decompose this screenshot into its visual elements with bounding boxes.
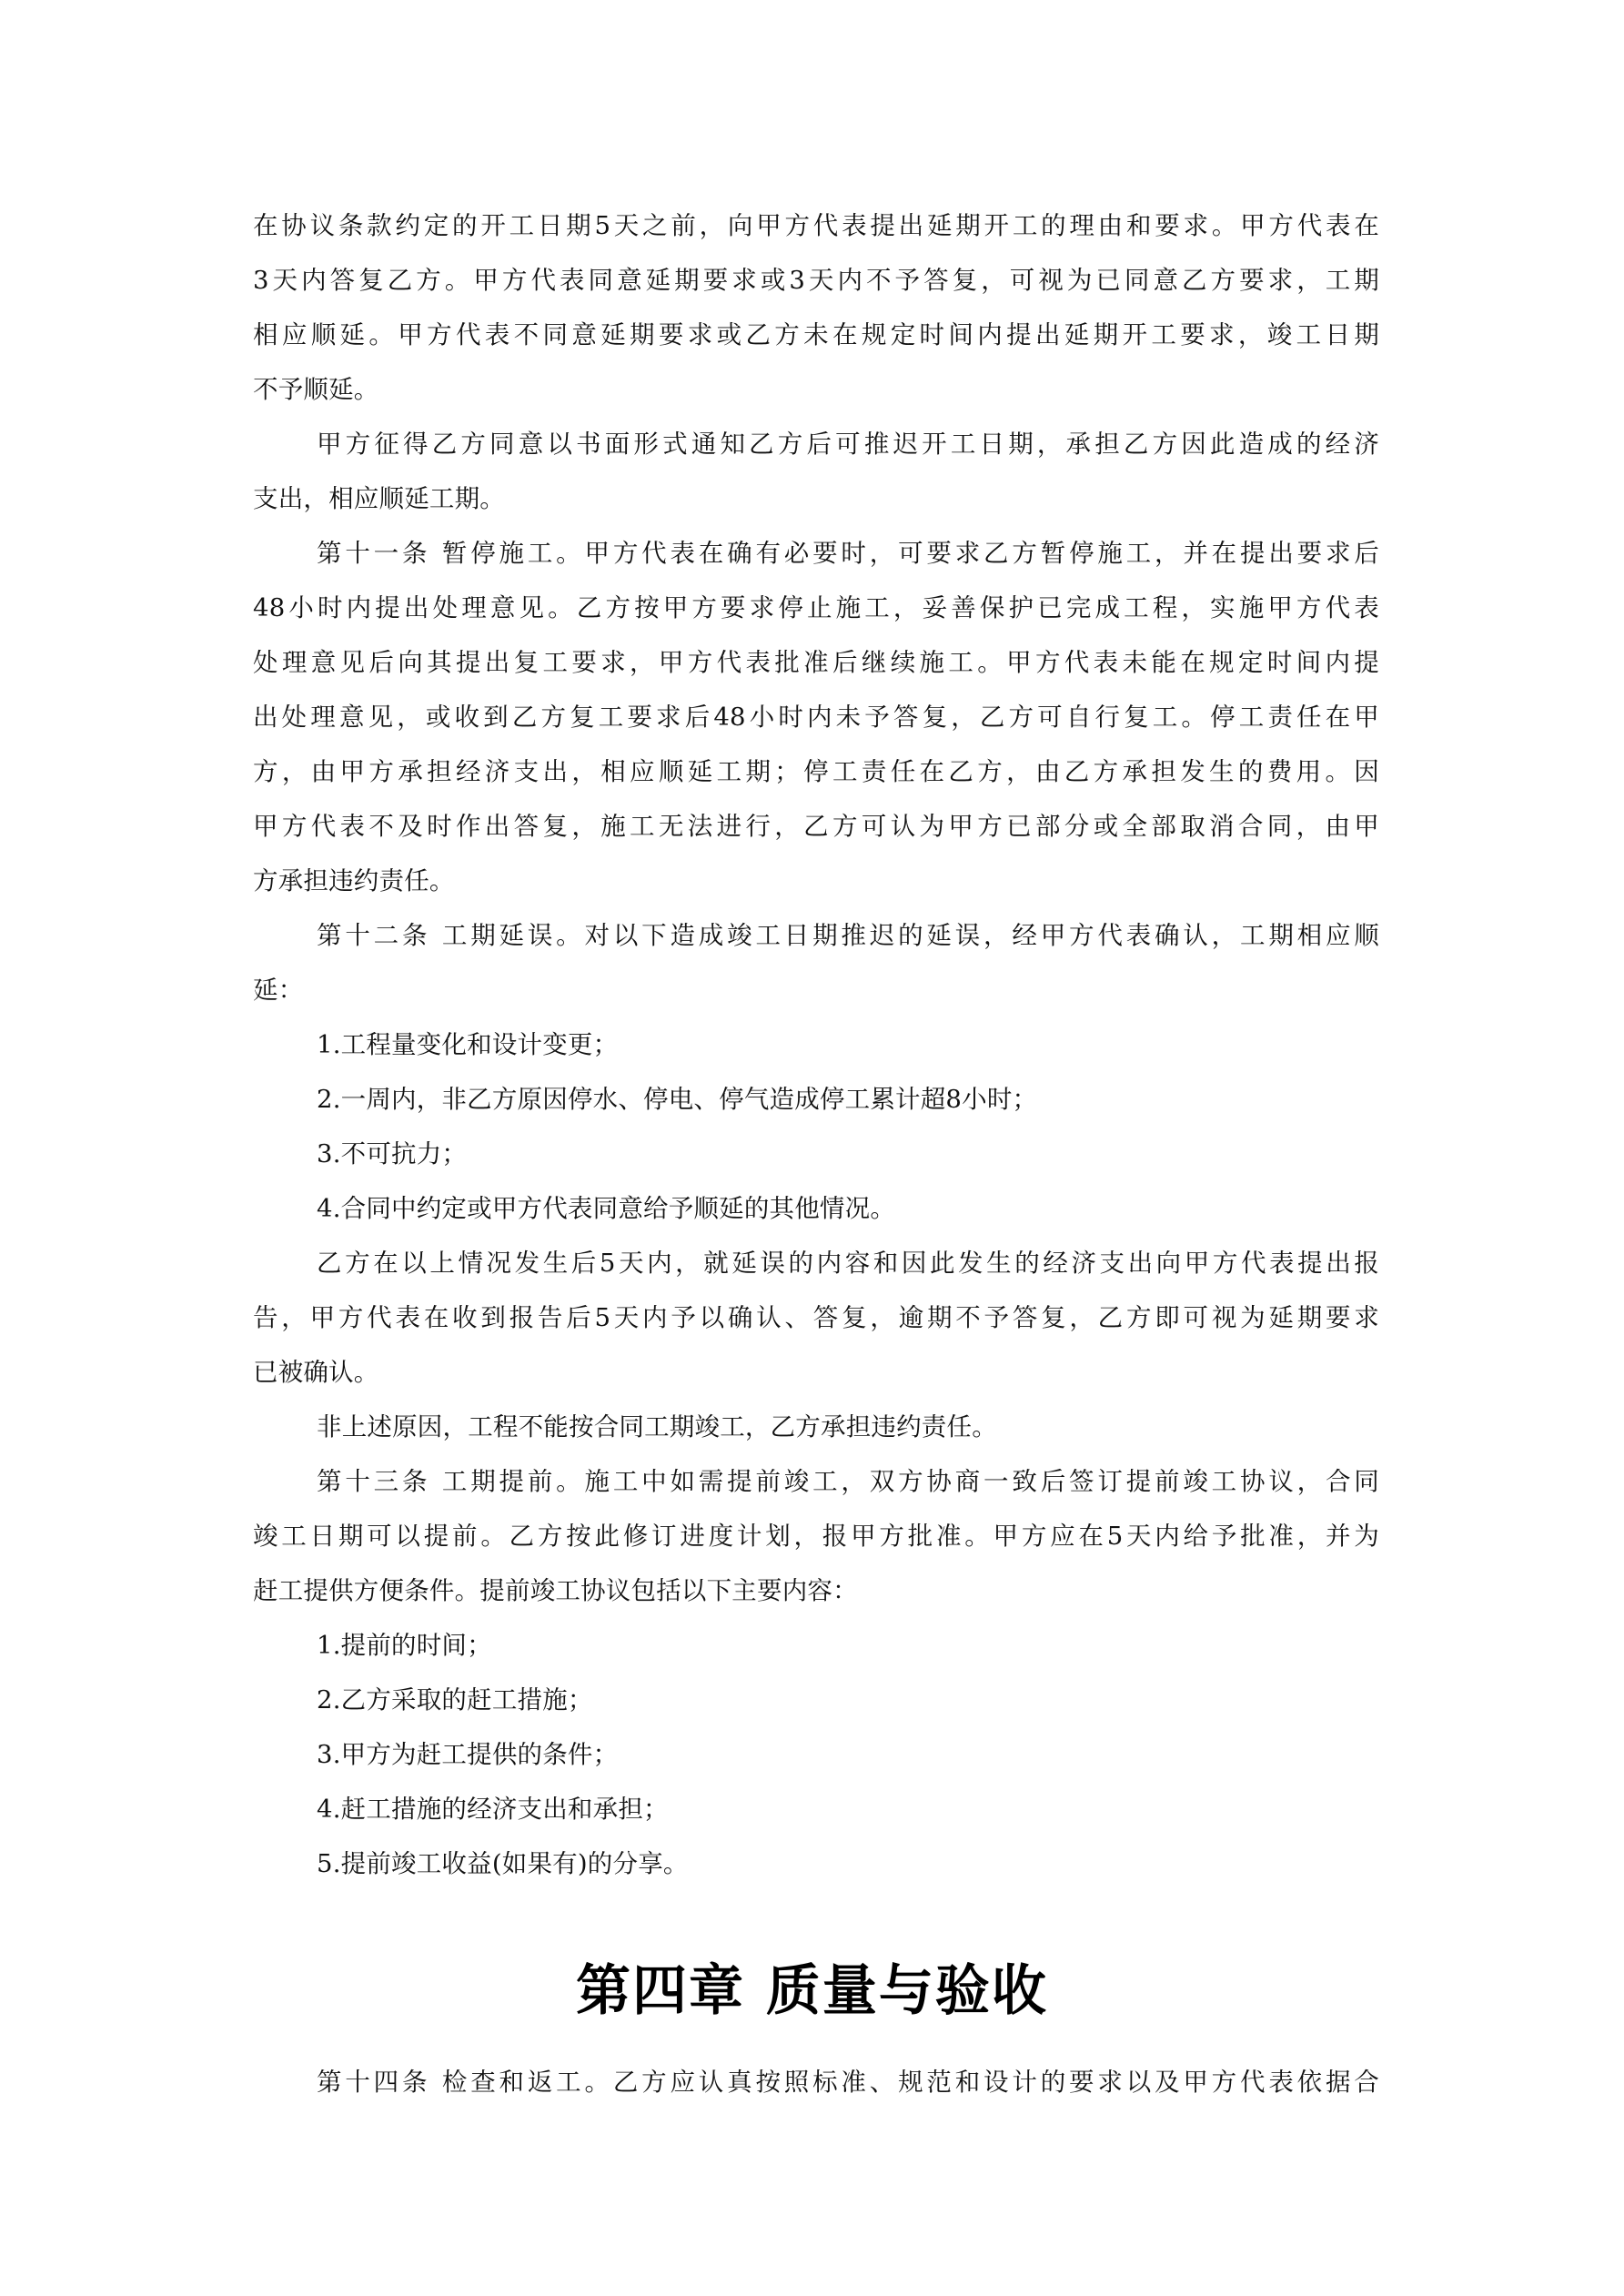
text-line: 出处理意见，或收到乙方复工要求后48小时内未予答复，乙方可自行复工。停工责任在甲 (253, 699, 1379, 735)
text-line: 处理意见后向其提出复工要求，甲方代表批准后继续施工。甲方代表未能在规定时间内提 (253, 644, 1379, 681)
text-line: 第十三条 工期提前。施工中如需提前竣工，双方协商一致后签订提前竣工协议，合同 (317, 1463, 1379, 1500)
text-line: 第十二条 工期延误。对以下造成竣工日期推迟的延误，经甲方代表确认，工期相应顺 (317, 917, 1379, 954)
text-line: 乙方在以上情况发生后5天内，就延误的内容和因此发生的经济支出向甲方代表提出报 (317, 1245, 1379, 1281)
document-page: 在协议条款约定的开工日期5天之前，向甲方代表提出延期开工的理由和要求。甲方代表在… (0, 0, 1624, 2296)
text-line: 3天内答复乙方。甲方代表同意延期要求或3天内不予答复，可视为已同意乙方要求，工期 (253, 262, 1379, 298)
text-line: 方，由甲方承担经济支出，相应顺延工期；停工责任在乙方，由乙方承担发生的费用。因 (253, 754, 1379, 790)
text-line: 竣工日期可以提前。乙方按此修订进度计划，报甲方批准。甲方应在5天内给予批准，并为 (253, 1518, 1379, 1554)
text-line: 方承担违约责任。 (253, 863, 1379, 899)
text-line: 已被确认。 (253, 1354, 1379, 1391)
list-item: 4.赶工措施的经济支出和承担； (317, 1791, 1379, 1827)
list-item: 3.不可抗力； (317, 1136, 1379, 1172)
list-item: 2.乙方采取的赶工措施； (317, 1682, 1379, 1718)
list-item: 1.提前的时间； (317, 1627, 1379, 1664)
text-line: 赶工提供方便条件。提前竣工协议包括以下主要内容： (253, 1573, 1379, 1609)
text-line: 支出，相应顺延工期。 (253, 480, 1379, 517)
text-line: 第十四条 检查和返工。乙方应认真按照标准、规范和设计的要求以及甲方代表依据合 (317, 2064, 1379, 2100)
text-line: 不予顺延。 (253, 371, 1379, 408)
text-line: 非上述原因，工程不能按合同工期竣工，乙方承担违约责任。 (317, 1409, 1379, 1445)
text-line: 48小时内提出处理意见。乙方按甲方要求停止施工，妥善保护已完成工程，实施甲方代表 (253, 590, 1379, 626)
text-line: 在协议条款约定的开工日期5天之前，向甲方代表提出延期开工的理由和要求。甲方代表在 (253, 207, 1379, 244)
chapter-heading: 第四章 质量与验收 (0, 1955, 1624, 2028)
text-line: 甲方代表不及时作出答复，施工无法进行，乙方可认为甲方已部分或全部取消合同，由甲 (253, 808, 1379, 845)
list-item: 5.提前竣工收益(如果有)的分享。 (317, 1846, 1379, 1882)
list-item: 4.合同中约定或甲方代表同意给予顺延的其他情况。 (317, 1190, 1379, 1227)
text-line: 相应顺延。甲方代表不同意延期要求或乙方未在规定时间内提出延期开工要求，竣工日期 (253, 317, 1379, 353)
list-item: 3.甲方为赶工提供的条件； (317, 1736, 1379, 1773)
text-line: 第十一条 暂停施工。甲方代表在确有必要时，可要求乙方暂停施工，并在提出要求后 (317, 535, 1379, 571)
list-item: 2.一周内，非乙方原因停水、停电、停气造成停工累计超8小时； (317, 1081, 1379, 1118)
list-item: 1.工程量变化和设计变更； (317, 1027, 1379, 1063)
text-line: 延： (253, 972, 1379, 1008)
text-line: 告，甲方代表在收到报告后5天内予以确认、答复，逾期不予答复，乙方即可视为延期要求 (253, 1300, 1379, 1336)
text-line: 甲方征得乙方同意以书面形式通知乙方后可推迟开工日期，承担乙方因此造成的经济 (317, 426, 1379, 462)
